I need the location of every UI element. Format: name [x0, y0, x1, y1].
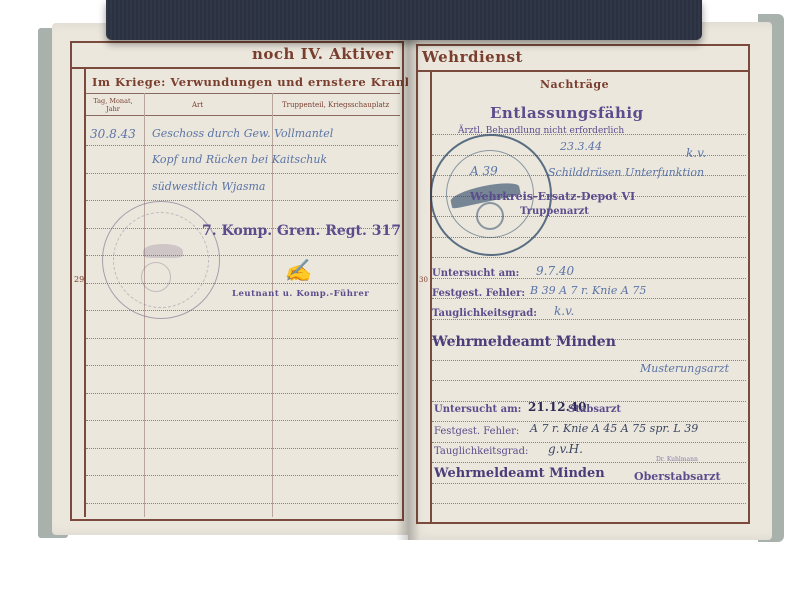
signature-title: Leutnant u. Komp.-Führer [232, 289, 369, 299]
page-header: Wehrdienst [422, 48, 523, 66]
ruled-line [86, 393, 398, 394]
ruled-line [432, 380, 746, 381]
header-rule-right [418, 70, 748, 72]
exam2-defects-label: Festgest. Fehler: [434, 426, 519, 437]
exam1-office-stamp: Wehrmeldeamt Minden [432, 334, 616, 350]
ruled-line [432, 462, 746, 463]
subheader-nachtraege: Nachträge [540, 78, 609, 91]
ruled-line [86, 365, 398, 366]
seal-eagle-icon [143, 244, 183, 258]
left-margin-rule [84, 67, 86, 517]
seal-inner-ring [113, 212, 209, 308]
column-header-rule [86, 115, 400, 116]
exam2-overstamp: Stabsarzt [568, 404, 621, 415]
depot-seal-wreath-icon [476, 202, 504, 230]
exam1-examined-label: Untersucht am: [432, 268, 519, 279]
medical-officer-stamp: Truppenarzt [520, 206, 589, 217]
exam2-fitness-label: Tauglichkeitsgrad: [434, 446, 528, 457]
ruled-line [86, 420, 398, 421]
ruled-line [432, 503, 746, 504]
status-stamp: Entlassungsfähig [490, 104, 644, 122]
ruled-line [432, 401, 746, 402]
seal-wreath-icon [141, 262, 171, 292]
handwritten-abbrev-1: k.v. [686, 146, 706, 160]
handwritten-date-1: 23.3.44 [560, 140, 602, 153]
exam1-fitness-label: Tauglichkeitsgrad: [432, 308, 537, 319]
exam1-signature-role: Musterungsarzt [640, 362, 729, 375]
exam2-office-stamp: Wehrmeldeamt Minden [434, 466, 605, 481]
ruled-line [432, 360, 746, 361]
entry-date: 30.8.43 [90, 127, 136, 141]
handwritten-code-1: A 39 [470, 164, 498, 178]
ruled-line [432, 257, 746, 258]
ruled-line [86, 338, 398, 339]
ruled-line [86, 503, 398, 504]
title-rule [86, 93, 400, 94]
header-rule [72, 67, 400, 69]
book-gutter [396, 28, 420, 540]
exam1-examined-value: 9.7.40 [536, 264, 574, 278]
exam1-defects-label: Festgest. Fehler: [432, 288, 525, 299]
column-header-date: Tag, Monat, Jahr [88, 97, 138, 113]
entry-type-line-3: südwestlich Wjasma [152, 180, 265, 193]
ruled-line [86, 448, 398, 449]
right-page: Wehrdienst Nachträge Entlassungsfähig Är… [408, 22, 772, 540]
ruled-line [86, 475, 398, 476]
ruled-line [86, 200, 398, 201]
officer-signature: ✍ [284, 259, 311, 284]
book-cover-band [106, 0, 702, 40]
unit-seal [102, 201, 220, 319]
exam2-doctor-title: Oberstabsarzt [634, 470, 721, 483]
column-header-type: Art [192, 101, 203, 109]
exam2-defects-value: A 7 r. Knie A 45 A 75 spr. L 39 [530, 422, 698, 435]
handwritten-note-1: Schilddrüsen Unterfunktion [548, 166, 704, 179]
exam2-examined-label: Untersucht am: [434, 404, 521, 415]
ruled-line [432, 442, 746, 443]
exam2-doctor-name: Dr. Kuhlmann [656, 456, 698, 463]
column-header-unit: Truppenteil, Kriegsschauplatz [282, 101, 389, 109]
exam1-defects-value: B 39 A 7 r. Knie A 75 [530, 284, 646, 297]
header-continuation: noch IV. Aktiver [252, 45, 393, 63]
entry-type-line-1: Geschoss durch Gew. Vollmantel [152, 127, 333, 140]
page-number-left: 29 [74, 275, 84, 284]
left-page: noch IV. Aktiver Im Kriege: Verwundungen… [52, 23, 412, 535]
unit-stamp: 7. Komp. Gren. Regt. 317 [202, 223, 401, 239]
exam2-fitness-value: g.v.H. [548, 442, 583, 456]
page-number-right: 30 [419, 276, 428, 284]
depot-stamp: Wehrkreis-Ersatz-Depot VI [470, 190, 635, 203]
exam1-fitness-value: k.v. [554, 304, 574, 318]
ruled-line [86, 145, 398, 146]
ruled-line [86, 173, 398, 174]
entry-type-line-2: Kopf und Rücken bei Kaitschuk [152, 153, 327, 166]
